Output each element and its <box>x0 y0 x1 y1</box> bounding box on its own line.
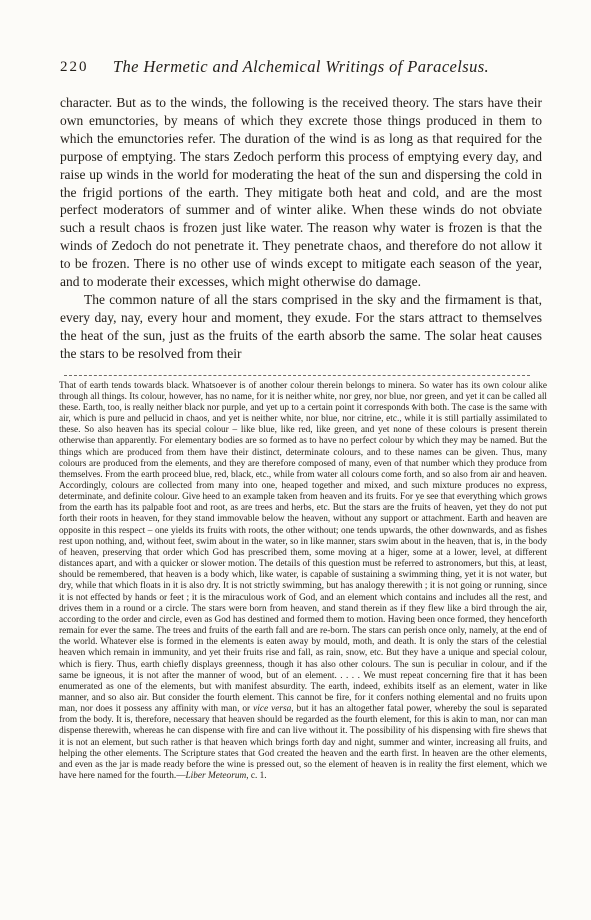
scan-artifact <box>413 404 415 406</box>
footnote-divider <box>64 375 530 376</box>
footnote-italic-vice-versa: vice versa <box>253 704 291 714</box>
running-title: The Hermetic and Alchemical Writings of … <box>60 57 542 77</box>
paragraph-winds: character. But as to the winds, the foll… <box>60 94 542 291</box>
body-text: character. But as to the winds, the foll… <box>60 94 542 363</box>
page-number: 220 <box>60 59 89 76</box>
paragraph-stars-nature: The common nature of all the stars compr… <box>60 291 542 363</box>
footnote-text: , but it has an altogether fatal power, … <box>59 704 547 781</box>
footnote-text: , c. 1. <box>246 771 266 781</box>
page-header: 220 The Hermetic and Alchemical Writings… <box>60 57 542 77</box>
book-page: 220 The Hermetic and Alchemical Writings… <box>0 0 591 920</box>
footnote-citation: Liber Meteorum <box>186 771 247 781</box>
footnote: That of earth tends towards black. Whats… <box>59 381 547 783</box>
footnote-text: That of earth tends towards black. Whats… <box>59 381 547 715</box>
